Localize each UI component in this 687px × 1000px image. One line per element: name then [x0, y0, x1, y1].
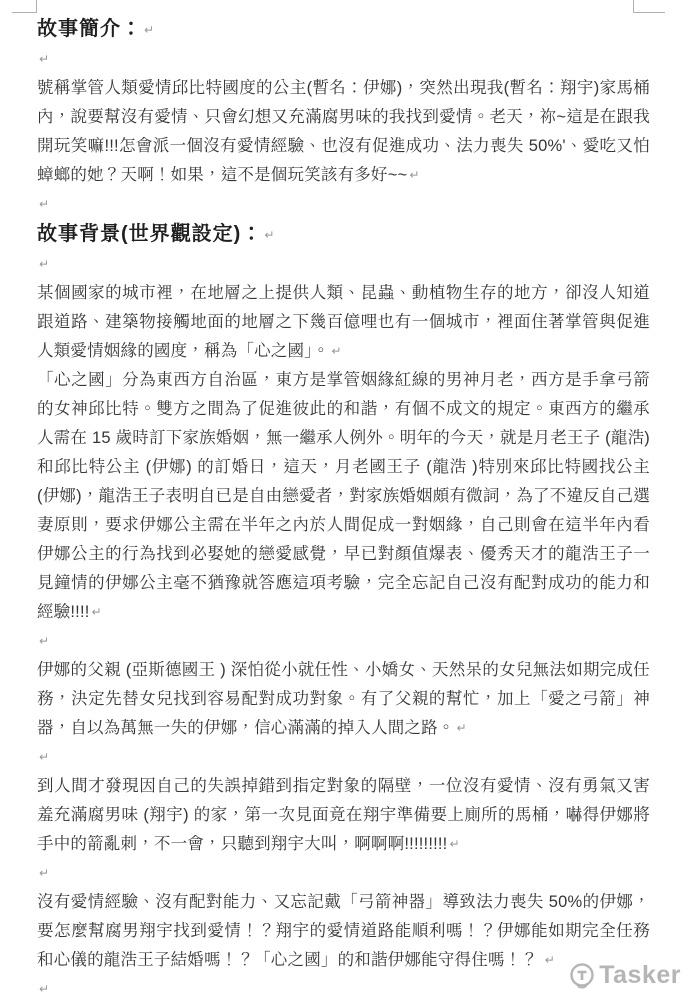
doc-paragraph: 「心之國」分為東西方自治區，東方是掌管姻緣紅線的男神月老，西方是手拿弓箭的女神邱… [37, 366, 650, 627]
doc-paragraph: 號稱掌管人類愛情邱比特國度的公主(暫名：伊娜)，突然出現我(暫名：翔宇)家馬桶內… [37, 74, 650, 190]
paragraph-mark-icon: ↵ [331, 344, 341, 358]
tasker-logo-icon [568, 962, 596, 990]
tasker-watermark-text: Tasker [599, 961, 681, 990]
doc-paragraph: 到人間才發現因自己的失誤掉錯到指定對象的隔壁，一位沒有愛情、沒有勇氣又害羞充滿腐… [37, 772, 650, 859]
tasker-watermark: Tasker [568, 961, 681, 990]
doc-blank-line: ↵ [37, 975, 650, 1000]
paragraph-mark-icon: ↵ [457, 721, 467, 735]
doc-blank-line: ↵ [37, 190, 650, 219]
doc-blank-line: ↵ [37, 250, 650, 279]
crop-mark-top-right-icon [633, 0, 665, 13]
paragraph-mark-icon: ↵ [39, 634, 49, 648]
doc-text: 某個國家的城市裡，在地層之上提供人類、昆蟲、動植物生存的地方，卻沒人知道跟道路、… [37, 284, 650, 360]
doc-text: 故事背景(世界觀設定)： [37, 223, 262, 245]
doc-heading: 故事背景(世界觀設定)：↵ [37, 219, 650, 250]
doc-blank-line: ↵ [37, 627, 650, 656]
doc-text: 伊娜的父親 (亞斯德國王 ) 深怕從小就任性、小嬌女、天然呆的女兒無法如期完成任… [37, 661, 650, 737]
doc-blank-line: ↵ [37, 859, 650, 888]
paragraph-mark-icon: ↵ [39, 982, 49, 996]
document-body[interactable]: 故事簡介：↵↵號稱掌管人類愛情邱比特國度的公主(暫名：伊娜)，突然出現我(暫名：… [37, 14, 650, 1000]
doc-blank-line: ↵ [37, 45, 650, 74]
document-page: 故事簡介：↵↵號稱掌管人類愛情邱比特國度的公主(暫名：伊娜)，突然出現我(暫名：… [0, 0, 687, 1000]
paragraph-mark-icon: ↵ [39, 52, 49, 66]
crop-mark-top-left-icon [12, 0, 37, 13]
paragraph-mark-icon: ↵ [39, 257, 49, 271]
doc-text: 故事簡介： [37, 18, 142, 40]
paragraph-mark-icon: ↵ [92, 605, 102, 619]
doc-paragraph: 沒有愛情經驗、沒有配對能力、又忘記戴「弓箭神器」導致法力喪失 50%的伊娜，要怎… [37, 888, 650, 975]
doc-text: 「心之國」分為東西方自治區，東方是掌管姻緣紅線的男神月老，西方是手拿弓箭的女神邱… [37, 371, 650, 621]
doc-paragraph: 某個國家的城市裡，在地層之上提供人類、昆蟲、動植物生存的地方，卻沒人知道跟道路、… [37, 279, 650, 366]
doc-text: 到人間才發現因自己的失誤掉錯到指定對象的隔壁，一位沒有愛情、沒有勇氣又害羞充滿腐… [37, 777, 650, 853]
paragraph-mark-icon: ↵ [39, 866, 49, 880]
doc-text: 沒有愛情經驗、沒有配對能力、又忘記戴「弓箭神器」導致法力喪失 50%的伊娜，要怎… [37, 893, 650, 969]
doc-text: 號稱掌管人類愛情邱比特國度的公主(暫名：伊娜)，突然出現我(暫名：翔宇)家馬桶內… [37, 79, 650, 184]
paragraph-mark-icon: ↵ [449, 837, 459, 851]
doc-paragraph: 伊娜的父親 (亞斯德國王 ) 深怕從小就任性、小嬌女、天然呆的女兒無法如期完成任… [37, 656, 650, 743]
paragraph-mark-icon: ↵ [39, 750, 49, 764]
doc-heading: 故事簡介：↵ [37, 14, 650, 45]
doc-blank-line: ↵ [37, 743, 650, 772]
paragraph-mark-icon: ↵ [39, 197, 49, 211]
paragraph-mark-icon: ↵ [545, 953, 555, 967]
paragraph-mark-icon: ↵ [144, 23, 154, 37]
paragraph-mark-icon: ↵ [264, 228, 274, 242]
paragraph-mark-icon: ↵ [409, 168, 419, 182]
